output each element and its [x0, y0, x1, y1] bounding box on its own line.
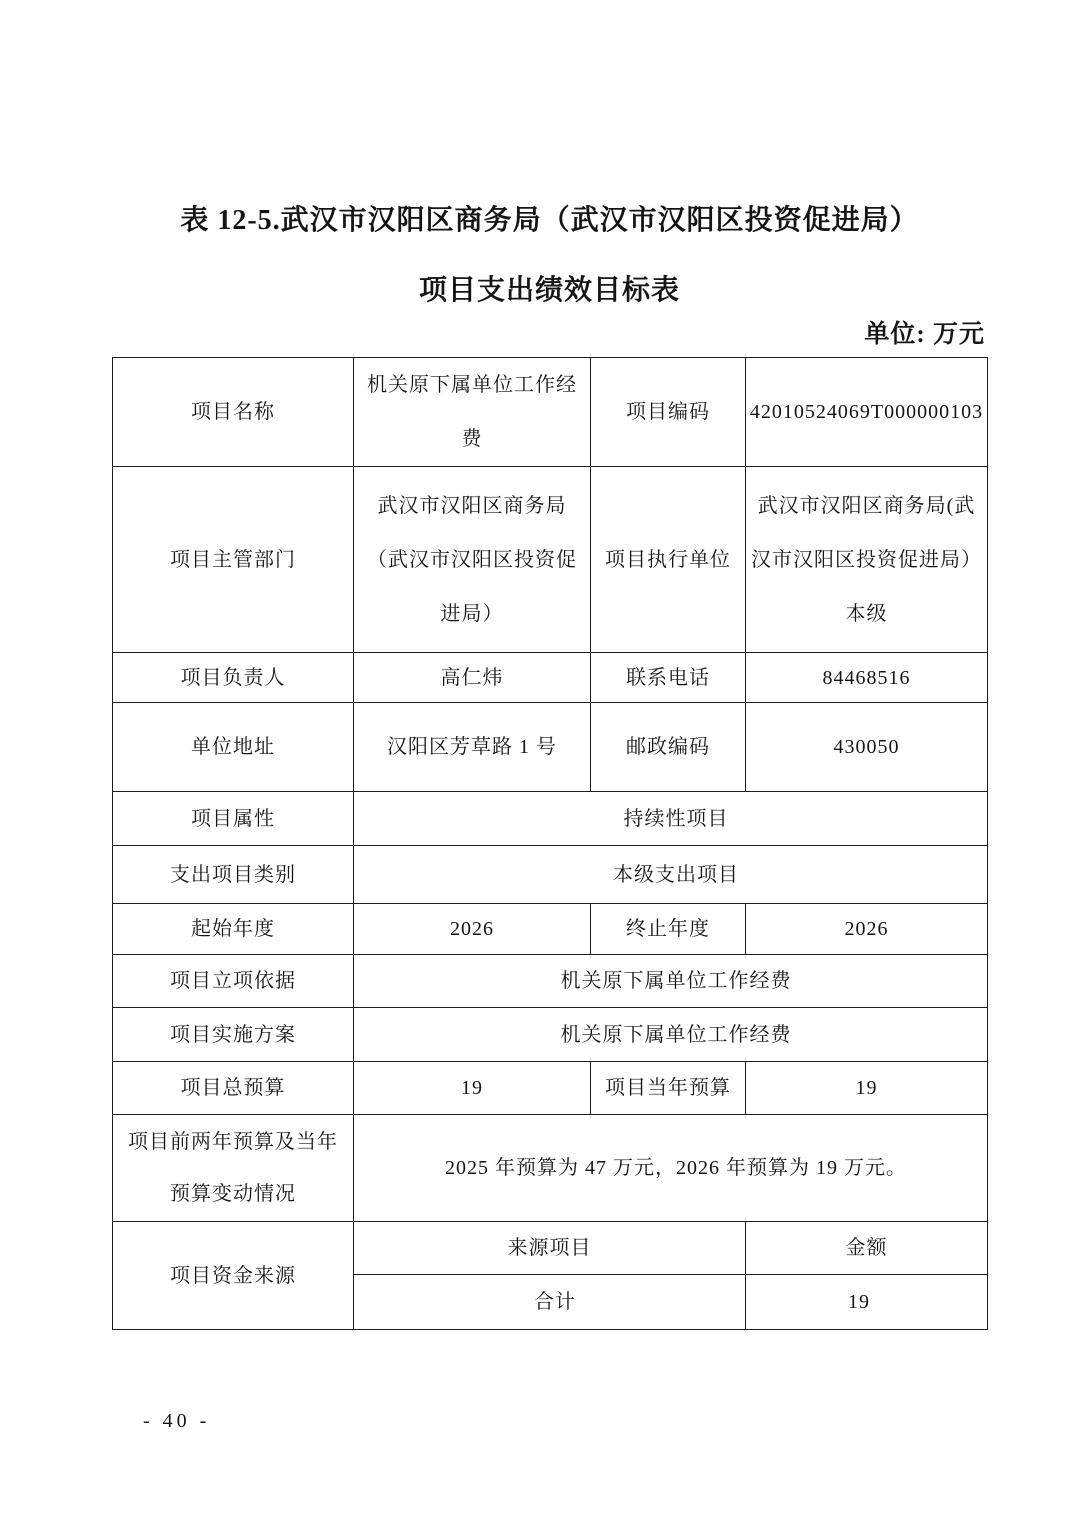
implementation-plan-label: 项目实施方案	[113, 1008, 354, 1062]
project-code-value: 42010524069T000000103	[746, 358, 988, 467]
project-attribute-label: 项目属性	[113, 792, 354, 846]
row-implementation-plan: 项目实施方案 机关原下属单位工作经费	[113, 1008, 988, 1062]
total-budget-label: 项目总预算	[113, 1062, 354, 1115]
start-year-value: 2026	[354, 904, 591, 955]
project-name-value: 机关原下属单位工作经费	[363, 358, 581, 466]
current-year-budget-value: 19	[746, 1062, 988, 1115]
contact-phone-label: 联系电话	[591, 653, 746, 703]
end-year-value: 2026	[746, 904, 988, 955]
project-leader-label: 项目负责人	[113, 653, 354, 703]
project-name-value-cell: 机关原下属单位工作经费	[354, 358, 591, 467]
start-year-label: 起始年度	[113, 904, 354, 955]
funding-source-col-header: 来源项目	[354, 1222, 746, 1275]
budget-change-label-cell: 项目前两年预算及当年预算变动情况	[113, 1115, 354, 1222]
executing-unit-label: 项目执行单位	[591, 467, 746, 653]
document-page: 表 12-5.武汉市汉阳区商务局（武汉市汉阳区投资促进局） 项目支出绩效目标表 …	[0, 0, 1074, 1520]
performance-target-table: 项目名称 机关原下属单位工作经费 项目编码 42010524069T000000…	[112, 357, 988, 1330]
row-supervisor-dept: 项目主管部门 武汉市汉阳区商务局（武汉市汉阳区投资促进局） 项目执行单位 武汉市…	[113, 467, 988, 653]
supervisor-dept-value: 武汉市汉阳区商务局（武汉市汉阳区投资促进局）	[363, 479, 581, 641]
row-budget-change: 项目前两年预算及当年预算变动情况 2025 年预算为 47 万元，2026 年预…	[113, 1115, 988, 1222]
row-unit-address: 单位地址 汉阳区芳草路 1 号 邮政编码 430050	[113, 703, 988, 792]
funding-amount-col-header: 金额	[746, 1222, 988, 1275]
row-expenditure-category: 支出项目类别 本级支出项目	[113, 846, 988, 904]
current-year-budget-label: 项目当年预算	[591, 1062, 746, 1115]
total-budget-value: 19	[354, 1062, 591, 1115]
expenditure-category-value: 本级支出项目	[354, 846, 988, 904]
funding-total-amount: 19	[746, 1275, 988, 1330]
contact-phone-value: 84468516	[746, 653, 988, 703]
row-funding-source-header: 项目资金来源 来源项目 金额	[113, 1222, 988, 1275]
row-approval-basis: 项目立项依据 机关原下属单位工作经费	[113, 955, 988, 1008]
project-attribute-value: 持续性项目	[354, 792, 988, 846]
project-code-label: 项目编码	[591, 358, 746, 467]
funding-source-label: 项目资金来源	[113, 1222, 354, 1330]
page-number: - 40 -	[143, 1410, 210, 1433]
row-project-attribute: 项目属性 持续性项目	[113, 792, 988, 846]
row-years: 起始年度 2026 终止年度 2026	[113, 904, 988, 955]
funding-total-label: 合计	[354, 1275, 746, 1330]
document-title-line1: 表 12-5.武汉市汉阳区商务局（武汉市汉阳区投资促进局）	[112, 0, 987, 241]
project-name-label: 项目名称	[113, 358, 354, 467]
row-project-leader: 项目负责人 高仁炜 联系电话 84468516	[113, 653, 988, 703]
executing-unit-value-cell: 武汉市汉阳区商务局(武汉市汉阳区投资促进局）本级	[746, 467, 988, 653]
expenditure-category-label: 支出项目类别	[113, 846, 354, 904]
approval-basis-value: 机关原下属单位工作经费	[354, 955, 988, 1008]
budget-change-label: 项目前两年预算及当年预算变动情况	[124, 1116, 342, 1220]
implementation-plan-value: 机关原下属单位工作经费	[354, 1008, 988, 1062]
unit-address-label: 单位地址	[113, 703, 354, 792]
row-budgets: 项目总预算 19 项目当年预算 19	[113, 1062, 988, 1115]
supervisor-dept-label: 项目主管部门	[113, 467, 354, 653]
unit-address-value: 汉阳区芳草路 1 号	[354, 703, 591, 792]
postal-code-value: 430050	[746, 703, 988, 792]
row-project-name: 项目名称 机关原下属单位工作经费 项目编码 42010524069T000000…	[113, 358, 988, 467]
unit-note: 单位: 万元	[112, 319, 987, 351]
supervisor-dept-value-cell: 武汉市汉阳区商务局（武汉市汉阳区投资促进局）	[354, 467, 591, 653]
document-content: 表 12-5.武汉市汉阳区商务局（武汉市汉阳区投资促进局） 项目支出绩效目标表 …	[112, 0, 987, 1330]
document-title-line2: 项目支出绩效目标表	[112, 271, 987, 311]
postal-code-label: 邮政编码	[591, 703, 746, 792]
approval-basis-label: 项目立项依据	[113, 955, 354, 1008]
project-leader-value: 高仁炜	[354, 653, 591, 703]
executing-unit-value: 武汉市汉阳区商务局(武汉市汉阳区投资促进局）本级	[750, 479, 984, 641]
end-year-label: 终止年度	[591, 904, 746, 955]
budget-change-value: 2025 年预算为 47 万元，2026 年预算为 19 万元。	[354, 1115, 988, 1222]
